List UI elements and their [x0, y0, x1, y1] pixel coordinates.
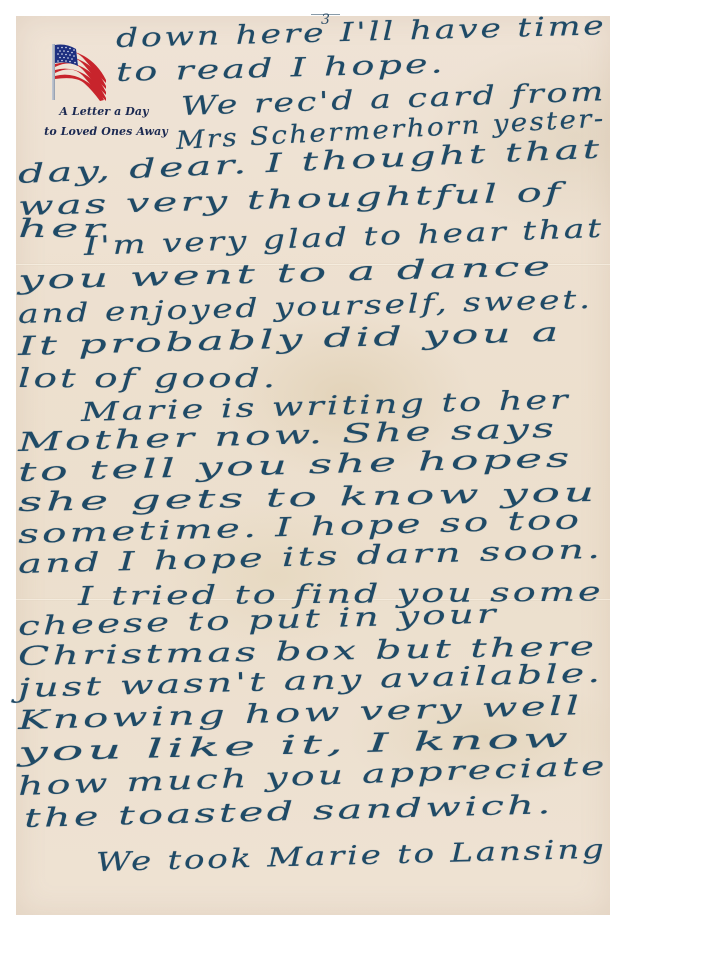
handwritten-line: lot of good. [18, 366, 278, 392]
handwritten-line: We took Marie to Lansing [96, 837, 607, 876]
handwritten-line: to read I hope. [116, 51, 446, 86]
handwritten-line: down here I'll have time [116, 13, 607, 52]
american-flag-icon [50, 40, 108, 102]
letterhead-motto: A Letter a Day [44, 105, 164, 118]
letterhead-motto: to Loved Ones Away [26, 125, 186, 138]
letter-page: 3 A Letter a Day to Loved Ones Away down… [16, 16, 610, 915]
